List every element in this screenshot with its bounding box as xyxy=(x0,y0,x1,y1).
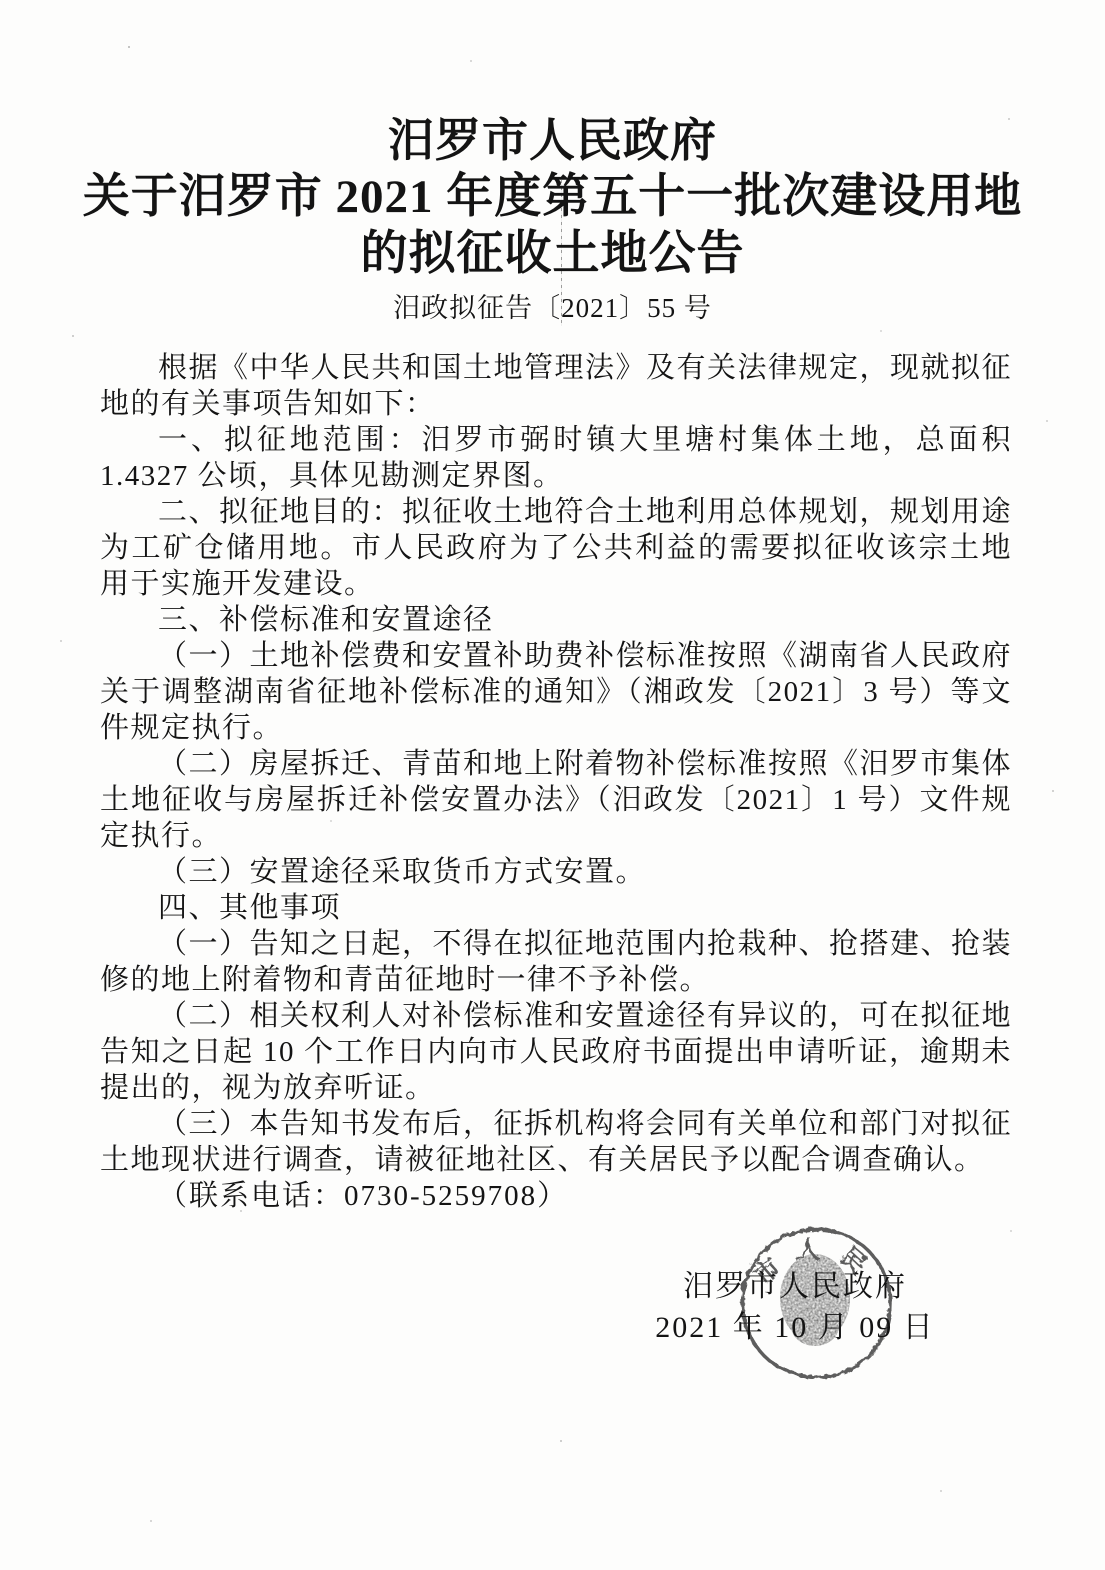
paragraph-other-2: （二）相关权利人对补偿标准和安置途径有异议的，可在拟征地告知之日起 10 个工作… xyxy=(100,998,1012,1106)
notice-body: 根据《中华人民共和国土地管理法》及有关法律规定，现就拟征地的有关事项告知如下： … xyxy=(100,350,1012,1214)
signature-block: 汨罗市人民政府 2021 年 10 月 09 日 xyxy=(640,1266,950,1348)
paragraph-compensation-2: （二）房屋拆迁、青苗和地上附着物补偿标准按照《汨罗市集体土地征收与房屋拆迁补偿安… xyxy=(100,746,1012,854)
title-line-1: 汨罗市人民政府 xyxy=(0,112,1105,169)
signature-issuer: 汨罗市人民政府 xyxy=(640,1266,950,1307)
paragraph-compensation-3: （三）安置途径采取货币方式安置。 xyxy=(100,854,1012,890)
paragraph-compensation-heading: 三、补偿标准和安置途径 xyxy=(100,602,1012,638)
scanned-notice-page: 汨罗市人民政府 关于汨罗市 2021 年度第五十一批次建设用地 的拟征收土地公告… xyxy=(0,0,1105,1570)
paragraph-other-heading: 四、其他事项 xyxy=(100,890,1012,926)
scan-noise-specks xyxy=(0,0,2,2)
paragraph-other-1: （一）告知之日起，不得在拟征地范围内抢栽种、抢搭建、抢装修的地上附着物和青苗征地… xyxy=(100,926,1012,998)
paragraph-scope: 一、拟征地范围：汨罗市弼时镇大里塘村集体土地，总面积 1.4327 公顷，具体见… xyxy=(100,422,1012,494)
notice-title: 汨罗市人民政府 关于汨罗市 2021 年度第五十一批次建设用地 的拟征收土地公告 xyxy=(0,112,1105,283)
contact-phone-line: （联系电话：0730-5259708） xyxy=(100,1178,1012,1214)
signature-date: 2021 年 10 月 09 日 xyxy=(640,1307,950,1348)
paragraph-other-3: （三）本告知书发布后，征拆机构将会同有关单位和部门对拟征土地现状进行调查，请被征… xyxy=(100,1106,1012,1178)
paragraph-intro: 根据《中华人民共和国土地管理法》及有关法律规定，现就拟征地的有关事项告知如下： xyxy=(100,350,1012,422)
title-line-2: 关于汨罗市 2021 年度第五十一批次建设用地 xyxy=(0,169,1105,226)
paragraph-purpose: 二、拟征地目的：拟征收土地符合土地利用总体规划，规划用途为工矿仓储用地。市人民政… xyxy=(100,494,1012,602)
paragraph-compensation-1: （一）土地补偿费和安置补助费补偿标准按照《湖南省人民政府关于调整湖南省征地补偿标… xyxy=(100,638,1012,746)
document-number: 汨政拟征告〔2021〕55 号 xyxy=(0,286,1105,325)
title-line-3: 的拟征收土地公告 xyxy=(0,226,1105,283)
